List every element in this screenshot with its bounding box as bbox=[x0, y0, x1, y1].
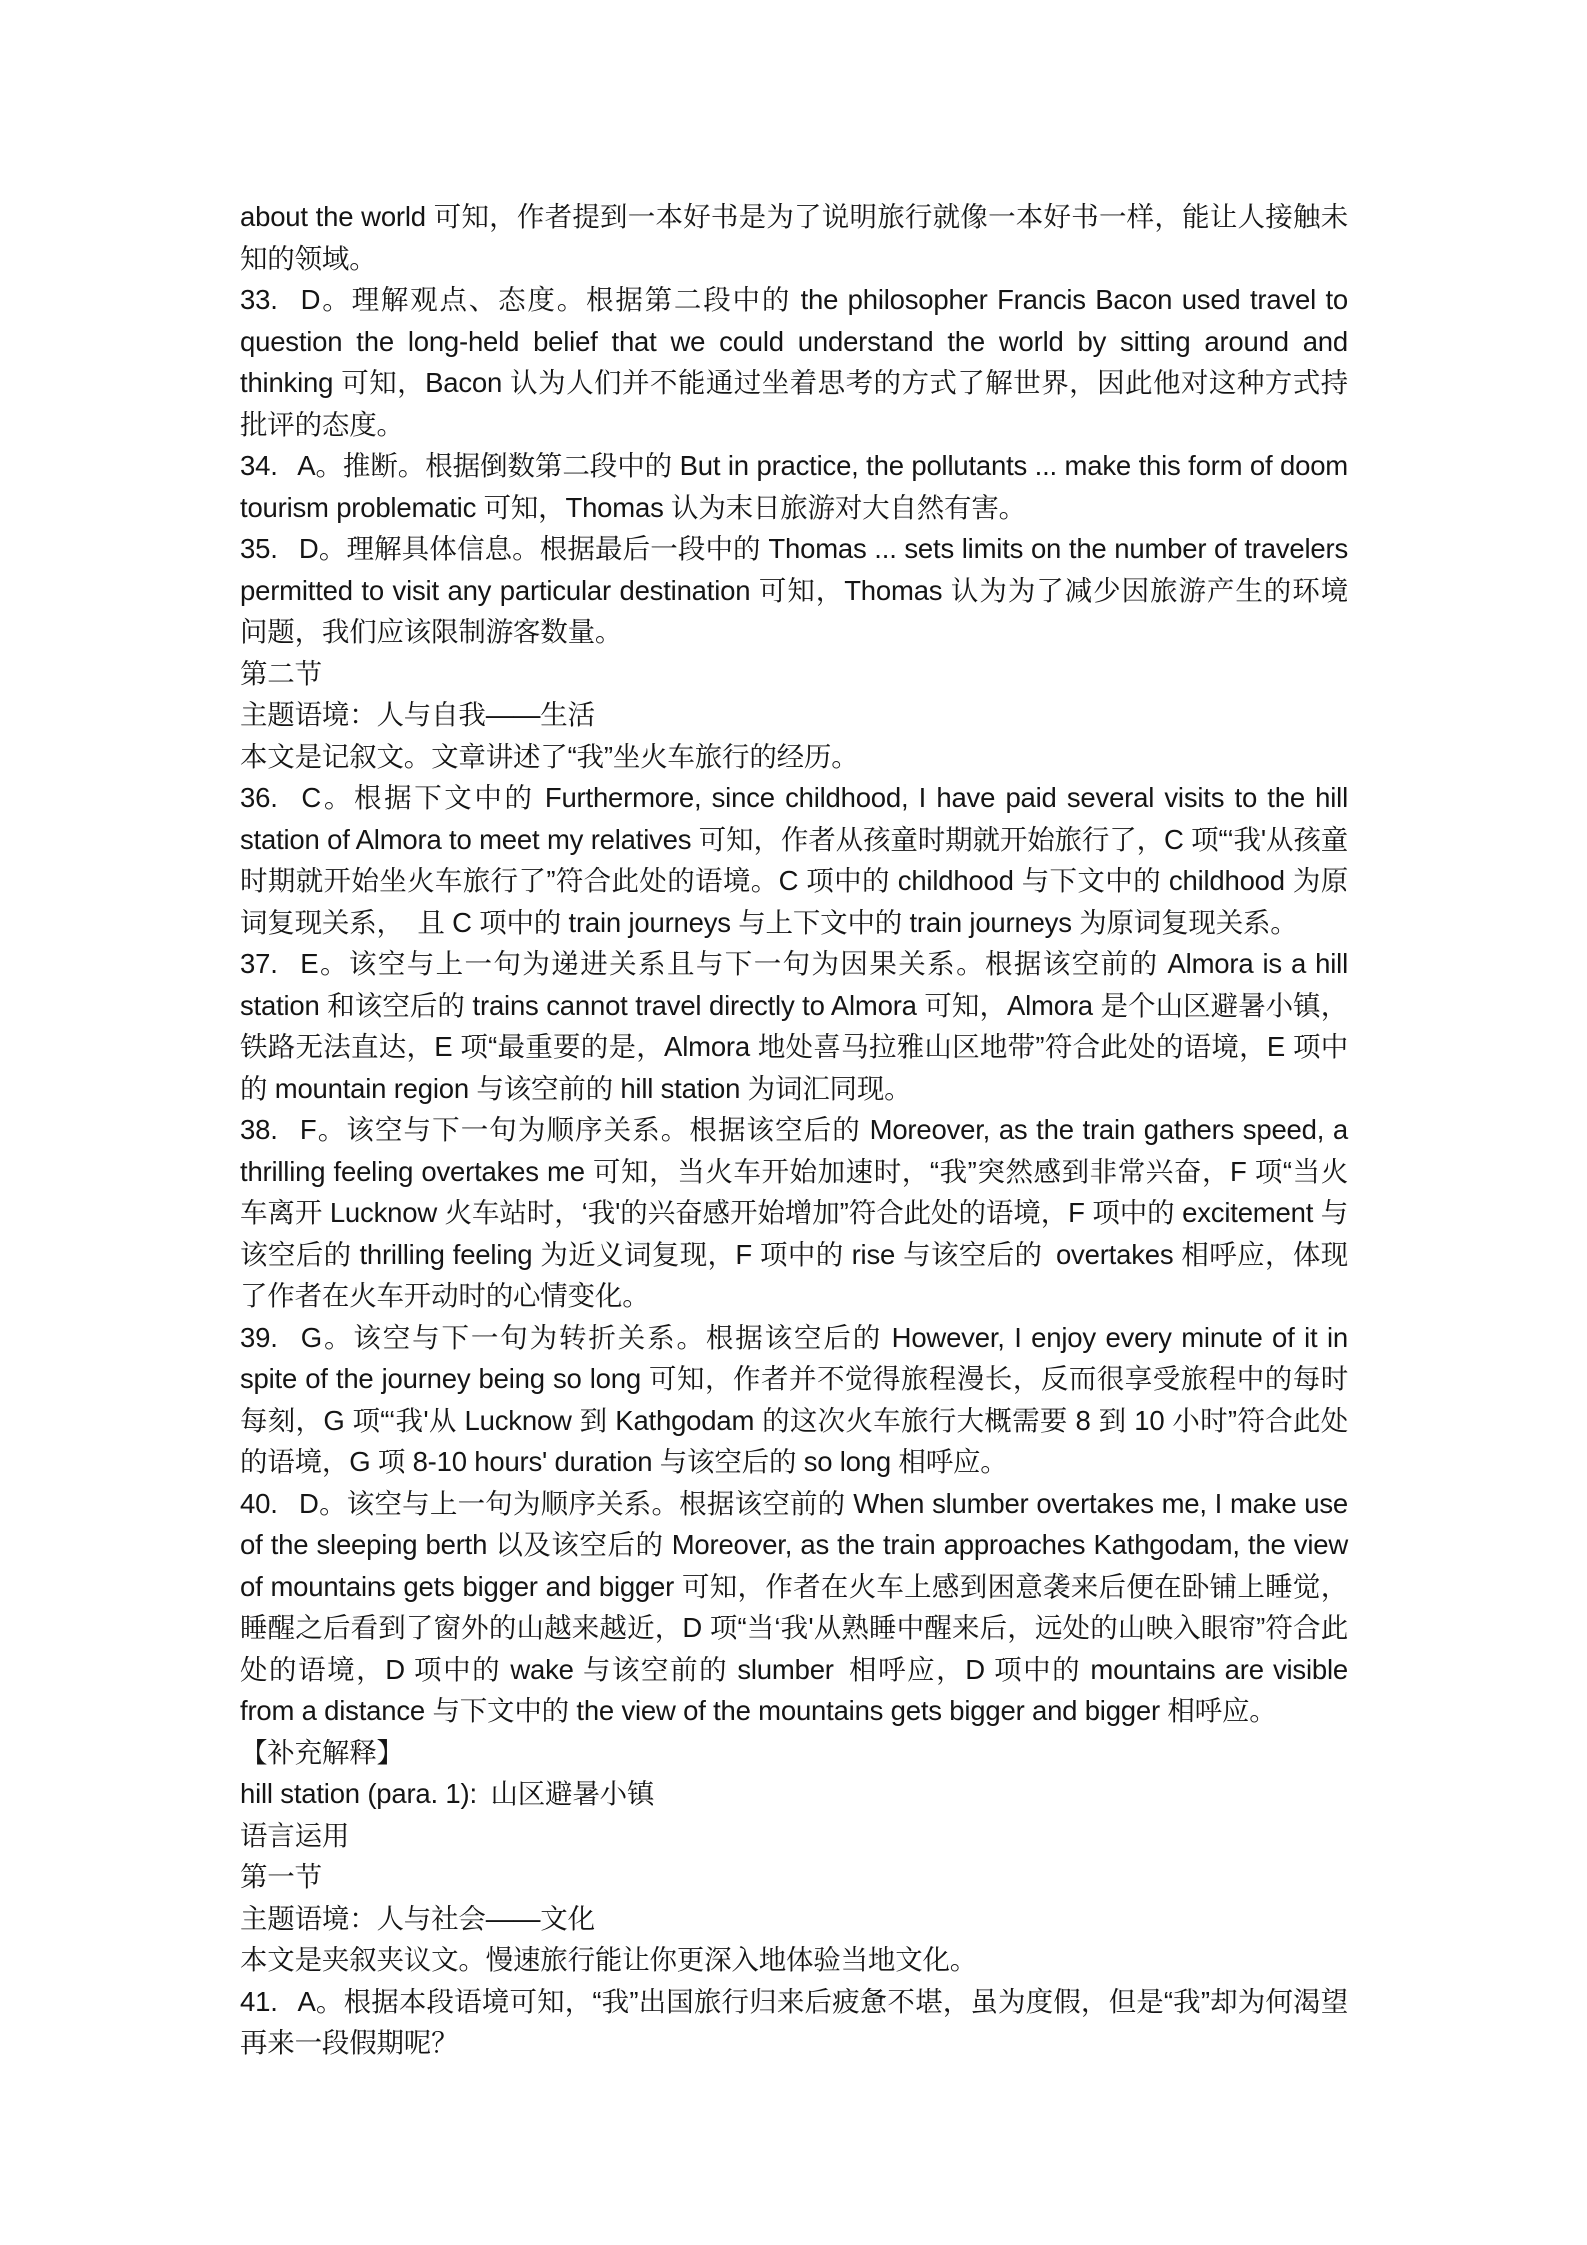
paragraph-answer-38: 38. F。该空与下一句为顺序关系。根据该空后的 Moreover, as th… bbox=[240, 1109, 1348, 1317]
paragraph-answer-37: 37. E。该空与上一句为递进关系且与下一句为因果关系。根据该空前的 Almor… bbox=[240, 943, 1348, 1109]
heading-section-two: 第二节 bbox=[240, 653, 1348, 695]
paragraph-answer-39: 39. G。该空与下一句为转折关系。根据该空后的 However, I enjo… bbox=[240, 1317, 1348, 1483]
note-hill-station: hill station (para. 1): 山区避暑小镇 bbox=[240, 1773, 1348, 1815]
heading-supplementary-notes: 【补充解释】 bbox=[240, 1732, 1348, 1774]
paragraph-answer-35: 35. D。理解具体信息。根据最后一段中的 Thomas ... sets li… bbox=[240, 528, 1348, 653]
theme-context-society-culture: 主题语境：人与社会——文化 bbox=[240, 1898, 1348, 1940]
passage-summary-train-journey: 本文是记叙文。文章讲述了“我”坐火车旅行的经历。 bbox=[240, 736, 1348, 778]
answer-key-text-block: about the world 可知，作者提到一本好书是为了说明旅行就像一本好书… bbox=[240, 196, 1348, 2064]
theme-context-self-life: 主题语境：人与自我——生活 bbox=[240, 694, 1348, 736]
paragraph-answer-36: 36. C。根据下文中的 Furthermore, since childhoo… bbox=[240, 777, 1348, 943]
paragraph-continuation-answer-32: about the world 可知，作者提到一本好书是为了说明旅行就像一本好书… bbox=[240, 196, 1348, 279]
passage-summary-slow-travel: 本文是夹叙夹议文。慢速旅行能让你更深入地体验当地文化。 bbox=[240, 1939, 1348, 1981]
paragraph-answer-33: 33. D。理解观点、态度。根据第二段中的 the philosopher Fr… bbox=[240, 279, 1348, 445]
paragraph-answer-34: 34. A。推断。根据倒数第二段中的 But in practice, the … bbox=[240, 445, 1348, 528]
paragraph-answer-40: 40. D。该空与上一句为顺序关系。根据该空前的 When slumber ov… bbox=[240, 1483, 1348, 1732]
document-page: about the world 可知，作者提到一本好书是为了说明旅行就像一本好书… bbox=[0, 0, 1587, 2245]
heading-language-use: 语言运用 bbox=[240, 1815, 1348, 1857]
paragraph-answer-41: 41. A。根据本段语境可知，“我”出国旅行归来后疲惫不堪，虽为度假，但是“我”… bbox=[240, 1981, 1348, 2064]
heading-section-one: 第一节 bbox=[240, 1856, 1348, 1898]
